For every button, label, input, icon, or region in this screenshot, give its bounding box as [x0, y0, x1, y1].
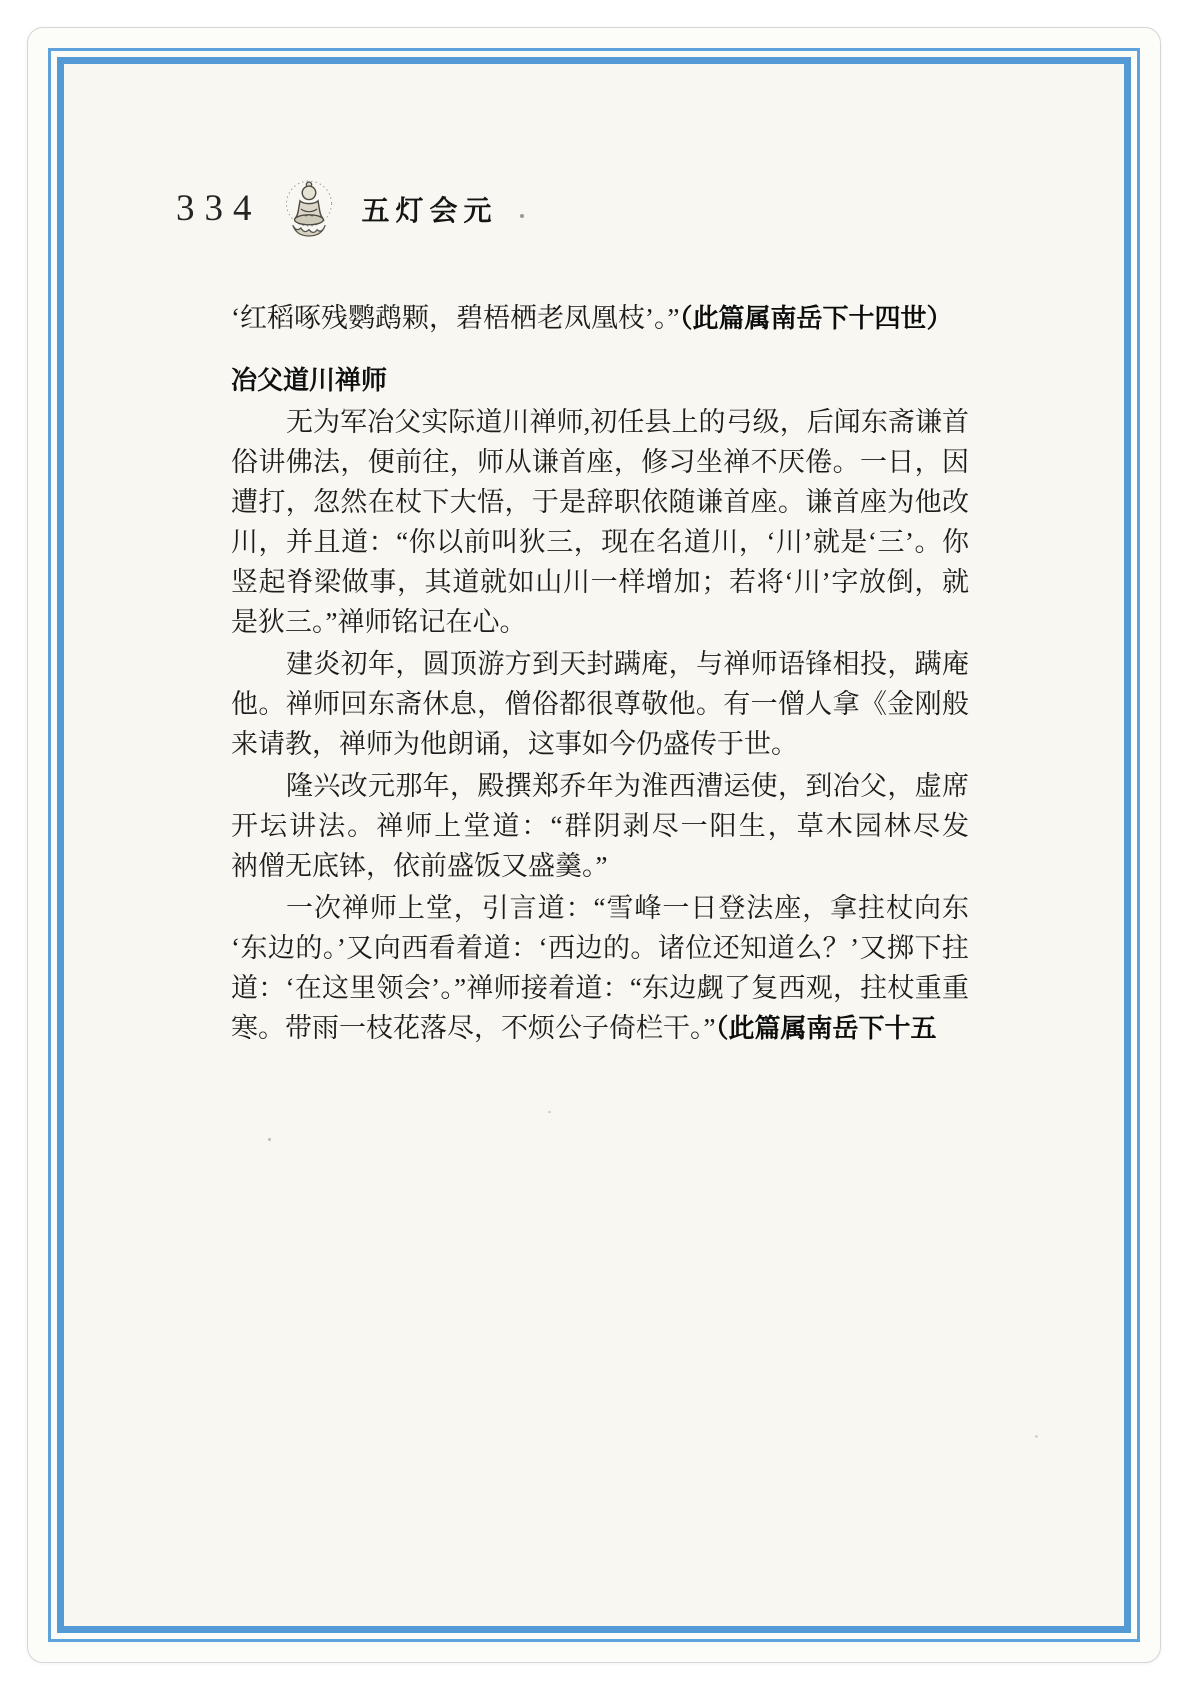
text-line: 建炎初年，圆顶游方到天封蹒庵，与禅师语锋相投，蹒庵称赞了 — [231, 644, 969, 684]
page-header: 334 五灯会元 — [176, 174, 524, 244]
book-page: 334 五灯会元 ‘红稻啄残鹦鹉颗，碧梧栖老凤凰枝’。”（此篇属南岳下十四世） … — [27, 27, 1161, 1663]
text-line: 无为军冶父实际道川禅师,初任县上的弓级，后闻东斋谦首座为僧 — [231, 402, 969, 442]
text-line: 川，并且道：“你以前叫狄三，现在名道川，‘川’就是‘三’。你能 — [231, 522, 969, 562]
text-line: 遭打，忽然在杖下大悟，于是辞职依随谦首座。谦首座为他改名为道 — [231, 482, 969, 522]
text-line: 是狄三。”禅师铭记在心。 — [231, 602, 969, 642]
text-line: 他。禅师回东斋休息，僧俗都很尊敬他。有一僧人拿《金刚般若经》 — [231, 684, 969, 724]
buddha-icon — [282, 176, 336, 242]
text-line: 俗讲佛法，便前往，师从谦首座，修习坐禅不厌倦。一日，因不尽职 — [231, 442, 969, 482]
text-line: 隆兴改元那年，殿撰郑乔年为淮西漕运使，到冶父，虚席迎禅师 — [231, 766, 969, 806]
scan-speck — [520, 214, 524, 218]
text-line: 竖起脊梁做事，其道就如山川一样增加；若将‘川’字放倒，就依旧 — [231, 562, 969, 602]
paragraph: 隆兴改元那年，殿撰郑乔年为淮西漕运使，到冶父，虚席迎禅师 开坛讲法。禅师上堂道：… — [231, 766, 969, 886]
lineage-note: （此篇属南岳下十四世） — [679, 303, 952, 333]
text-line: 一次禅师上堂，引言道：“雪峰一日登法座，拿拄杖向东看着道： — [231, 888, 969, 928]
page-body: ‘红稻啄残鹦鹉颗，碧梧栖老凤凰枝’。”（此篇属南岳下十四世） 冶父道川禅师 无为… — [231, 298, 969, 1048]
text-line: 开坛讲法。禅师上堂道：“群阴剥尽一阳生，草木园林尽发萌。唯有 — [231, 806, 969, 846]
book-title: 五灯会元 — [362, 189, 498, 229]
text-line: 衲僧无底钵，依前盛饭又盛羹。” — [231, 846, 969, 886]
scan-speck — [1035, 1435, 1038, 1438]
verse-line: ‘红稻啄残鹦鹉颗，碧梧栖老凤凰枝’。”（此篇属南岳下十四世） — [231, 298, 969, 338]
text-line: 道：‘在这里领会’。”禅师接着道：“东边觑了复西观，拄杖重重话岁 — [231, 968, 969, 1008]
verse-text: ‘红稻啄残鹦鹉颗，碧梧栖老凤凰枝’。” — [231, 303, 679, 333]
paragraph: 一次禅师上堂，引言道：“雪峰一日登法座，拿拄杖向东看着道： ‘东边的。’又向西看… — [231, 888, 969, 1048]
closing-text: 寒。带雨一枝花落尽，不烦公子倚栏干。” — [231, 1013, 715, 1043]
page-number: 334 — [176, 174, 262, 244]
scan-speck — [268, 1138, 271, 1141]
paragraph: 无为军冶父实际道川禅师,初任县上的弓级，后闻东斋谦首座为僧 俗讲佛法，便前往，师… — [231, 402, 969, 642]
text-line: 来请教，禅师为他朗诵，这事如今仍盛传于世。 — [231, 724, 969, 764]
section-heading: 冶父道川禅师 — [231, 354, 969, 400]
text-line: ‘东边的。’又向西看着道：‘西边的。诸位还知道么？’又掷下拄杖 — [231, 928, 969, 968]
scan-speck — [548, 1111, 551, 1113]
paragraph: 建炎初年，圆顶游方到天封蹒庵，与禅师语锋相投，蹒庵称赞了 他。禅师回东斋休息，僧… — [231, 644, 969, 764]
text-line: 寒。带雨一枝花落尽，不烦公子倚栏干。”（此篇属南岳下十五世） — [231, 1008, 969, 1048]
